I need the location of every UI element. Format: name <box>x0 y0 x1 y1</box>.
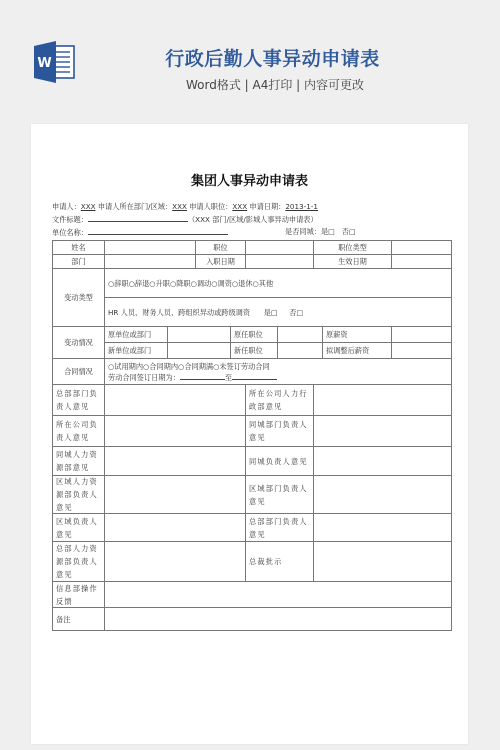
position-value[interactable]: XXX <box>232 202 247 211</box>
orig-unit-field[interactable] <box>167 326 231 343</box>
opinion-label: 所在公司负责人意见 <box>52 415 105 447</box>
file-title-field[interactable] <box>88 214 188 222</box>
name-label: 姓名 <box>52 240 105 255</box>
opinion-label: 区域部门负责人意见 <box>245 475 314 514</box>
name-field[interactable] <box>104 240 196 255</box>
opinion-field[interactable] <box>104 475 246 514</box>
svg-text:W: W <box>37 56 51 71</box>
position-field[interactable] <box>245 240 314 255</box>
date-value[interactable]: 2013-1-1 <box>285 202 318 211</box>
file-title-hint: （XXX 部门/区域/影城人事异动申请表） <box>188 215 318 224</box>
dept-label: 申请人所在部门/区域： <box>96 202 173 211</box>
contract-to-label: 至 <box>225 373 232 382</box>
contract-start-field[interactable] <box>180 372 225 380</box>
opinion-label: 所在公司人力行政部意见 <box>245 384 314 416</box>
unit-field[interactable] <box>88 227 228 235</box>
opinion-label: 总部部门负责人意见 <box>245 513 314 542</box>
banner-subtitle: Word格式 | A4打印 | 内容可更改 <box>180 76 370 93</box>
remarks-field[interactable] <box>104 607 452 631</box>
same-city-label: 是否同城： <box>285 227 321 236</box>
hr-question-label: HR 人员、财务人员、跨组织异动或跨级调资 <box>108 306 250 319</box>
file-title-label: 文件标题： <box>52 215 88 224</box>
position-type-label: 职位类型 <box>313 240 392 255</box>
dept-field[interactable] <box>104 254 196 269</box>
contract-end-field[interactable] <box>232 372 277 380</box>
file-title-line: 文件标题：（XXX 部门/区域/影城人事异动申请表） <box>52 214 318 225</box>
unit-line: 单位名称： 是否同城：是□ 否□ <box>52 227 452 238</box>
date-label: 申请日期： <box>247 202 285 211</box>
effective-date-field[interactable] <box>391 254 452 269</box>
new-position-field[interactable] <box>277 342 323 359</box>
opinion-field[interactable] <box>313 513 452 542</box>
info-feedback-label: 信息部操作反馈 <box>52 581 105 608</box>
hr-yes-checkbox[interactable]: 是□ <box>264 306 278 319</box>
banner: W 行政后勤人事异动申请表 Word格式 | A4打印 | 内容可更改 <box>0 0 500 110</box>
contract-options[interactable]: ○试用期内○合同期内○合同期满○未签订劳动合同 <box>108 361 270 372</box>
dept-value[interactable]: XXX <box>172 202 187 211</box>
applicant-line: 申请人：XXX 申请人所在部门/区域：XXX 申请人职位：XXX 申请日期：20… <box>52 202 318 212</box>
contract-cell: ○试用期内○合同期内○合同期满○未签订劳动合同 劳动合同签订日期为：至 <box>104 358 452 385</box>
opinion-label: 总部部门负责人意见 <box>52 384 105 416</box>
banner-title: 行政后勤人事异动申请表 <box>165 44 380 71</box>
contract-date-line: 劳动合同签订日期为：至 <box>108 372 277 383</box>
change-situation-label: 变动情况 <box>52 326 105 359</box>
change-type-options[interactable]: ○辞职○辞退○升职○降职○调动○调资○退休○其他 <box>104 268 452 298</box>
opinion-label: 同城部门负责人意见 <box>245 415 314 447</box>
change-type-label: 变动类型 <box>52 268 105 327</box>
application-table: 姓名 职位 职位类型 部门 入职日期 生效日期 变动类型 ○辞职○辞退○升职○降… <box>52 240 452 631</box>
same-city-group: 是否同城：是□ 否□ <box>285 227 356 237</box>
opinion-label: 同城人力资源部意见 <box>52 446 105 476</box>
contract-date-label: 劳动合同签订日期为： <box>108 373 180 382</box>
orig-unit-label: 原单位或部门 <box>104 326 168 343</box>
document-title: 集团人事异动申请表 <box>31 170 468 189</box>
position-label: 申请人职位： <box>187 202 232 211</box>
position-type-field[interactable] <box>391 240 452 255</box>
hr-no-checkbox[interactable]: 否□ <box>289 306 303 319</box>
orig-position-field[interactable] <box>277 326 323 343</box>
entry-date-field[interactable] <box>245 254 314 269</box>
opinion-label: 区域人力资源部负责人意见 <box>52 475 105 514</box>
dept-label: 部门 <box>52 254 105 269</box>
opinion-field[interactable] <box>313 475 452 514</box>
opinion-field[interactable] <box>104 384 246 416</box>
new-salary-label: 拟调整后薪资 <box>322 342 392 359</box>
opinion-label: 区域负责人意见 <box>52 513 105 542</box>
document-page: 集团人事异动申请表 申请人：XXX 申请人所在部门/区域：XXX 申请人职位：X… <box>31 124 468 744</box>
new-unit-field[interactable] <box>167 342 231 359</box>
opinion-field[interactable] <box>104 415 246 447</box>
same-city-yes-checkbox[interactable]: 是□ <box>321 227 335 236</box>
opinion-label: 总部人力资源部负责人意见 <box>52 541 105 582</box>
new-position-label: 新任职位 <box>230 342 278 359</box>
orig-salary-label: 原薪资 <box>322 326 392 343</box>
word-icon: W <box>32 40 76 84</box>
unit-label: 单位名称： <box>52 228 88 237</box>
same-city-no-checkbox[interactable]: 否□ <box>342 227 356 236</box>
opinion-field[interactable] <box>104 541 246 582</box>
opinion-label: 同城负责人意见 <box>245 446 314 476</box>
orig-position-label: 原任职位 <box>230 326 278 343</box>
hr-question-row: HR 人员、财务人员、跨组织异动或跨级调资 是□ 否□ <box>104 297 452 327</box>
entry-date-label: 入职日期 <box>195 254 246 269</box>
applicant-value[interactable]: XXX <box>81 202 96 211</box>
applicant-label: 申请人： <box>52 202 81 211</box>
position-label: 职位 <box>195 240 246 255</box>
new-unit-label: 新单位或部门 <box>104 342 168 359</box>
opinion-label: 总裁批示 <box>245 541 314 582</box>
opinion-field[interactable] <box>313 541 452 582</box>
effective-date-label: 生效日期 <box>313 254 392 269</box>
opinion-field[interactable] <box>313 384 452 416</box>
contract-label: 合同情况 <box>52 358 105 385</box>
opinion-field[interactable] <box>104 446 246 476</box>
orig-salary-field[interactable] <box>391 326 452 343</box>
opinion-field[interactable] <box>104 513 246 542</box>
opinion-field[interactable] <box>313 415 452 447</box>
info-feedback-field[interactable] <box>104 581 452 608</box>
remarks-label: 备注 <box>52 607 105 631</box>
opinion-field[interactable] <box>313 446 452 476</box>
new-salary-field[interactable] <box>391 342 452 359</box>
